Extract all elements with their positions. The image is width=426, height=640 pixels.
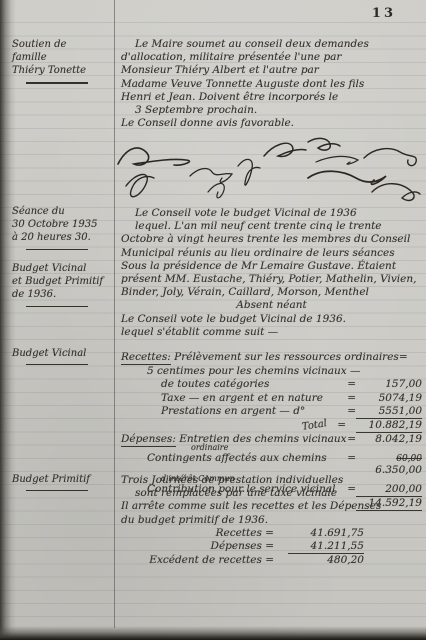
text-line: 3 Septembre prochain. [121,104,422,117]
register-page-scan: 13 Soutien de famille Thiéry Tonette Séa… [0,0,426,640]
text-line: d'allocation, militaire présentée l'une … [121,51,422,64]
row-prefix: Recettes: [121,351,171,365]
equals-sign: = [337,419,346,432]
row-amount: 157,00 [356,378,422,391]
margin-note-line: à 20 heures 30. [12,231,110,244]
signature-scribble [190,169,232,183]
text-line: Le Conseil donne avis favorable. [121,117,422,130]
text-line-absent: Absent néant [121,299,422,312]
primitif-excedent: Excédent de recettes = 480,20 [121,554,422,567]
row-label: Prestations en argent — d° [161,405,305,418]
deliberation-budget-vote: Le Conseil vote le budget Vicinal de 193… [121,207,422,339]
margin-note-line: et Budget Primitif [12,275,110,288]
text-line: Trois Journées de prestation individuell… [121,474,422,487]
row-label: de toutes catégories [161,378,269,391]
budget-primitif-section: Trois Journées de prestation individuell… [121,474,422,567]
text-line: Municipal réunis au lieu ordinaire de le… [121,247,422,260]
equals-sign: = [347,452,356,465]
total-word: Total [301,417,328,434]
margin-note-line: 30 Octobre 1935 [12,218,110,231]
budget-row-entretien: Dépenses: Entretien des chemins vicinaux… [121,433,422,447]
text-line: Octobre à vingt heures trente les membre… [121,233,422,246]
equals-sign: = [347,433,356,446]
text-line: du budget primitif de 1936. [121,514,422,527]
deliberation-soutien-famille: Le Maire soumet au conseil deux demandes… [121,38,422,130]
row-label: Contingents affectés aux chemins [147,452,327,465]
margin-note-line: Budget Vicinal [12,262,110,275]
text-line: Le Conseil vote le budget Vicinal de 193… [121,313,422,326]
margin-note-soutien: Soutien de famille Thiéry Tonette [12,38,110,84]
text-line: Sous la présidence de Mr Lemaire Gustave… [121,260,422,273]
text-line: Henri et Jean. Doivent être incorporés l… [121,91,422,104]
margin-divider-line [114,0,115,628]
margin-note-line: Soutien de [12,38,110,51]
text-line: Il arrête comme suit les recettes et les… [121,500,422,513]
page-number: 13 [372,6,396,21]
equals-sign: = [347,405,356,418]
margin-underline [26,364,88,365]
total-label: Excédent de recettes = [149,554,274,567]
signature-scribble [118,148,189,165]
budget-row-total-recettes: Total = 10.882,19 [121,419,422,433]
margin-underline [26,490,88,491]
signature-scribble [238,159,260,185]
row-amount: 100,00 [408,351,426,364]
text-line: Le Maire soumet au conseil deux demandes [121,38,422,51]
row-amount: 5551,00 [356,405,422,419]
equals-sign: = [347,378,356,391]
primitif-total-recettes: Recettes = 41.691,75 [121,527,422,540]
margin-note-seance: Séance du 30 Octobre 1935 à 20 heures 30… [12,205,110,250]
budget-row-categories: de toutes catégories = 157,00 [121,378,422,391]
total-amount: 41.211,55 [288,540,364,554]
margin-note-line: Budget Vicinal [12,347,110,360]
margin-note-line: Budget Primitif [12,473,110,486]
text-line: lequel. L'an mil neuf cent trente cinq l… [121,220,422,233]
struck-amount: 60,00 [356,455,422,464]
margin-note-line: Séance du [12,205,110,218]
budget-row-centimes: 5 centimes pour les chemins vicinaux — [121,365,422,378]
budget-row-taxe: Taxe — en argent et en nature = 5074,19 [121,392,422,405]
row-label: Prélèvement sur les ressources ordinaire… [174,351,399,364]
text-line: Monsieur Thiéry Albert et l'autre par [121,64,422,77]
margin-note-line: famille [12,51,110,64]
equals-sign: = [347,392,356,405]
row-prefix: Dépenses: [121,433,176,447]
signature-scribble [308,138,340,150]
row-label: Taxe — en argent et en nature [161,392,323,405]
signature-scribble [264,143,306,156]
budget-row-prestations: Prestations en argent — d° = 5551,00 [121,405,422,419]
text-line: présent MM. Eustache, Thiéry, Potier, Ma… [121,273,422,286]
margin-note-line: Thiéry Tonette [12,64,110,77]
margin-underline [26,82,88,84]
text-line: Madame Veuve Tonnette Auguste dont les f… [121,78,422,91]
total-amount: 480,20 [288,554,364,567]
margin-note-budget-vicinal: Budget Vicinal [12,347,110,365]
signature-scribble [372,184,420,201]
row-label: 5 centimes pour les chemins vicinaux — [147,365,361,378]
primitif-total-depenses: Dépenses = 41.211,55 [121,540,422,554]
margin-underline [26,249,88,250]
signature-scribble [208,183,224,198]
margin-underline [26,306,88,307]
signature-scribble [126,174,154,196]
row-amount: 5074,19 [356,392,422,405]
signature-scribble [364,149,416,166]
total-label: Recettes = [216,527,274,540]
row-amount: 8.042,19 [356,433,422,446]
signature-scribble [316,156,358,164]
page-bottom-edge [0,626,426,640]
equals-sign: = [399,351,408,364]
book-binding-shadow [0,0,16,640]
margin-note-line: de 1936. [12,288,110,301]
text-line: lequel s'établit comme suit — [121,326,422,339]
text-line: Binder, Joly, Vérain, Caillard, Morson, … [121,286,422,299]
total-label: Dépenses = [211,540,274,554]
signature-scribble [308,171,386,184]
row-amount: 10.882,19 [356,419,422,433]
total-amount: 41.691,75 [288,527,364,540]
budget-row-recettes-prelevement: Recettes: Prélèvement sur les ressources… [121,351,422,365]
council-signatures [112,134,424,208]
margin-note-budgets: Budget Vicinal et Budget Primitif de 193… [12,262,110,307]
text-line: sont remplacées par une taxe vicinale [121,487,422,500]
margin-note-budget-primitif: Budget Primitif [12,473,110,491]
text-line: Le Conseil vote le budget Vicinal de 193… [121,207,422,220]
